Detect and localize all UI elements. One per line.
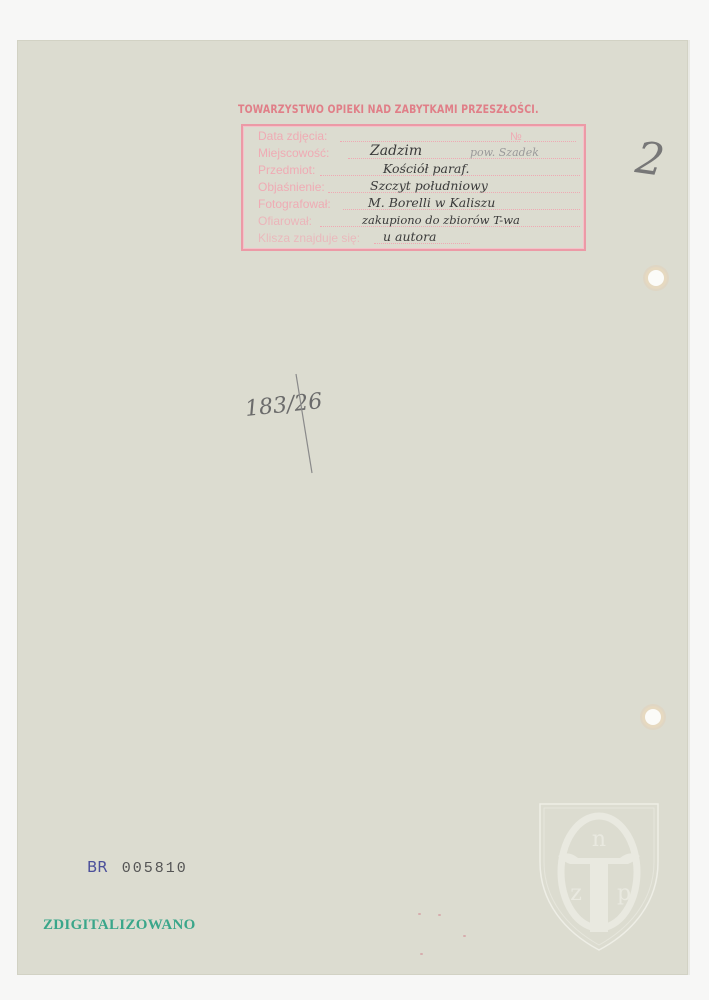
inventory-prefix: BR <box>87 858 108 876</box>
card-edge <box>688 40 690 975</box>
ink-speck <box>463 935 466 937</box>
stamp-label-date: Data zdjęcia: <box>258 129 327 143</box>
stamp-label-location: Miejscowość: <box>258 146 329 160</box>
stamp-value-location-extra: pow. Szadek <box>470 146 539 159</box>
svg-text:p: p <box>617 881 631 906</box>
stamp-row-photographer: Fotografował: M. Borelli w Kaliszu <box>258 195 580 212</box>
tozp-shield-icon: n z p <box>538 802 660 952</box>
stamp-label-photographer: Fotografował: <box>258 197 331 211</box>
stamp-row-object: Przedmiot: Kościół paraf. <box>258 161 580 178</box>
stamp-value-photographer: M. Borelli w Kaliszu <box>368 195 495 210</box>
ink-speck <box>438 914 441 916</box>
stamp-number-label: № <box>510 131 522 143</box>
ink-speck <box>420 953 423 955</box>
stamp-value-location: Zadzim <box>370 143 422 159</box>
dotted-line <box>524 141 576 142</box>
punch-hole-top <box>648 270 664 286</box>
svg-text:z: z <box>570 881 582 906</box>
stamp-value-donor: zakupiono do zbiorów T-wa <box>362 213 520 227</box>
punch-hole-bottom <box>645 709 661 725</box>
stamp-title: TOWARZYSTWO OPIEKI NAD ZABYTKAMI PRZESZŁ… <box>238 102 527 116</box>
digitized-stamp: ZDIGITALIZOWANO <box>43 917 196 934</box>
stamp-label-object: Przedmiot: <box>258 163 315 177</box>
inventory-value: 005810 <box>122 860 188 877</box>
ink-speck <box>418 913 421 915</box>
stamp-label-donor: Ofiarował: <box>258 214 312 228</box>
stamp-row-negative: Klisza znajduje się: u autora <box>258 229 580 246</box>
stamp-label-description: Objaśnienie: <box>258 180 325 194</box>
dotted-line <box>340 141 520 142</box>
stamp-value-description: Szczyt południowy <box>370 178 488 193</box>
stamp-value-object: Kościół paraf. <box>383 161 470 176</box>
stamp-row-date: Data zdjęcia: № <box>258 127 580 144</box>
inventory-number: BR005810 <box>87 858 188 877</box>
pencil-stroke <box>292 372 316 476</box>
stamp-label-negative: Klisza znajduje się: <box>258 231 360 245</box>
stamp-row-location: Miejscowość: Zadzim pow. Szadek <box>258 144 580 161</box>
stamp-value-negative: u autora <box>383 229 437 244</box>
stamp-row-donor: Ofiarował: zakupiono do zbiorów T-wa <box>258 212 580 229</box>
watermark-letter-n: n <box>592 827 606 852</box>
stamp-row-description: Objaśnienie: Szczyt południowy <box>258 178 580 195</box>
